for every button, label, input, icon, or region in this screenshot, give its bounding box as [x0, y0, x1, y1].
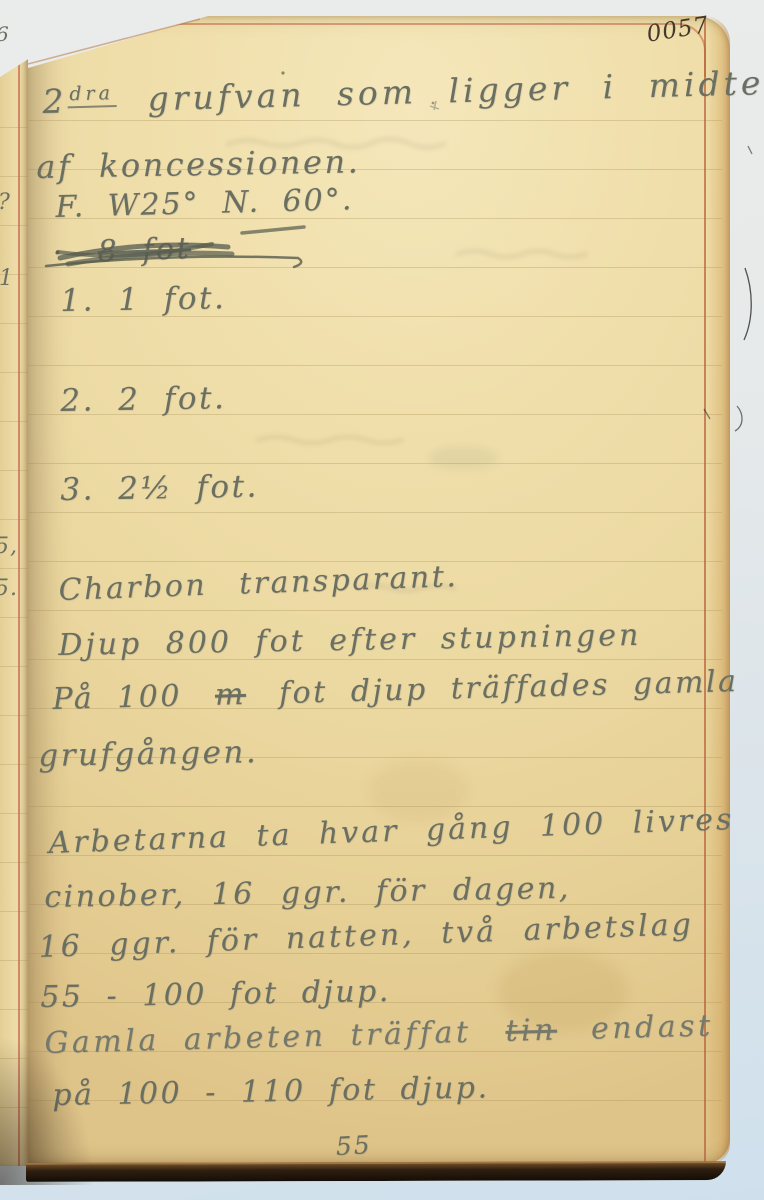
handwritten-line-6: 2. 2 fot.: [60, 380, 227, 419]
margin-fragment: 5.: [0, 576, 18, 601]
line-16-post: endast: [591, 1008, 714, 1046]
line-1-number: 2: [42, 81, 68, 121]
facing-page-edge: [0, 58, 30, 1166]
struck-out-unit: m: [215, 677, 247, 713]
handwritten-line-4: · 8 fot: [52, 231, 192, 271]
page-number: 55: [335, 1130, 372, 1161]
struck-out-text: 8 fot: [97, 231, 192, 269]
handwritten-line-2: af koncessionen.: [36, 142, 361, 186]
struck-out-word: tin: [505, 1013, 557, 1049]
margin-fragment: 6: [0, 22, 10, 46]
line-10-pre: På 100: [52, 679, 182, 717]
margin-fragment: ?: [0, 190, 11, 215]
handwritten-line-11: grufgången.: [38, 734, 259, 774]
notebook-page-paper: 0057 2dra grufvan som ligger i midten af…: [28, 16, 730, 1164]
margin-fragment: 1: [0, 266, 14, 291]
handwritten-line-15: 55 - 100 fot djup.: [40, 974, 391, 1015]
deletion-marker: ·: [52, 236, 65, 271]
handwritten-line-5: 1. 1 fot.: [60, 280, 227, 319]
handwritten-line-7: 3. 2½ fot.: [60, 469, 259, 508]
page-fore-edge: [704, 16, 730, 1164]
line-1-ordinal-suffix: dra: [67, 82, 116, 108]
margin-fragment: 5,: [0, 534, 18, 559]
page-stack-bottom-shadow: [26, 1161, 726, 1182]
scanned-notebook-page-photo: 6 ? 1 5, 5. 0057 2dra grufvan som ligger…: [0, 0, 764, 1200]
